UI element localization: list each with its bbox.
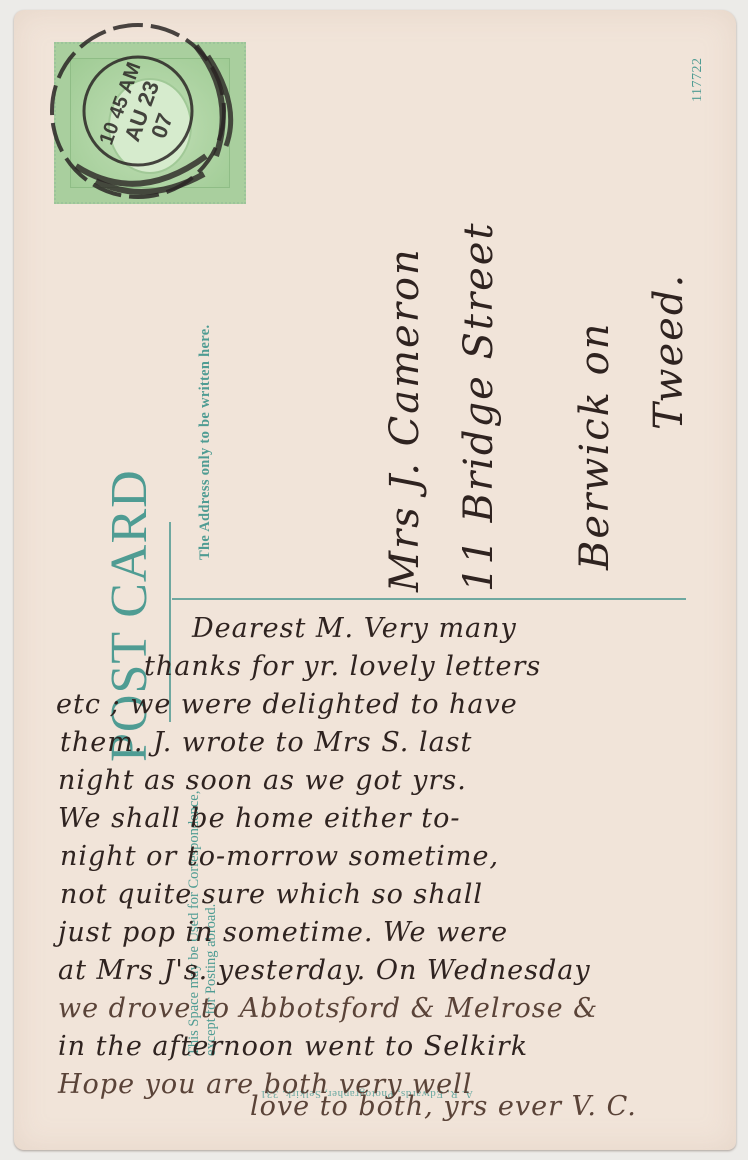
address-line-region: Tweed. bbox=[646, 273, 692, 430]
message-line: in the afternoon went to Selkirk bbox=[54, 1028, 748, 1066]
address-instruction: The Address only to be written here. bbox=[197, 325, 214, 560]
message-line: not quite sure which so shall bbox=[54, 876, 748, 914]
message-line: Dearest M. Very many bbox=[54, 610, 748, 648]
message-line: etc ; we were delighted to have bbox=[54, 686, 748, 724]
message-line: night or to-morrow sometime, bbox=[54, 838, 748, 876]
postmark-icon: 10 45 AM AU 23 07 bbox=[36, 16, 246, 216]
message-line: just pop in sometime. We were bbox=[54, 914, 748, 952]
postcard: 10 45 AM AU 23 07 117722 The Address onl… bbox=[14, 10, 736, 1150]
message-line: at Mrs J's. yesterday. On Wednesday bbox=[54, 952, 748, 990]
message-line: love to both, yrs ever V. C. bbox=[54, 1088, 748, 1126]
message-line: them. J. wrote to Mrs S. last bbox=[54, 724, 748, 762]
horizontal-divider bbox=[172, 598, 686, 600]
address-line-name: Mrs J. Cameron bbox=[382, 247, 428, 592]
message-line: we drove to Abbotsford & Melrose & bbox=[54, 990, 748, 1028]
serial-number: 117722 bbox=[690, 58, 706, 102]
address-line-street: 11 Bridge Street bbox=[456, 221, 502, 592]
message-line: We shall be home either to- bbox=[54, 800, 748, 838]
message-line: thanks for yr. lovely letters bbox=[54, 648, 748, 686]
handwritten-message: Dearest M. Very many thanks for yr. love… bbox=[54, 610, 748, 1126]
message-line: night as soon as we got yrs. bbox=[54, 762, 748, 800]
address-line-town: Berwick on bbox=[572, 322, 618, 570]
